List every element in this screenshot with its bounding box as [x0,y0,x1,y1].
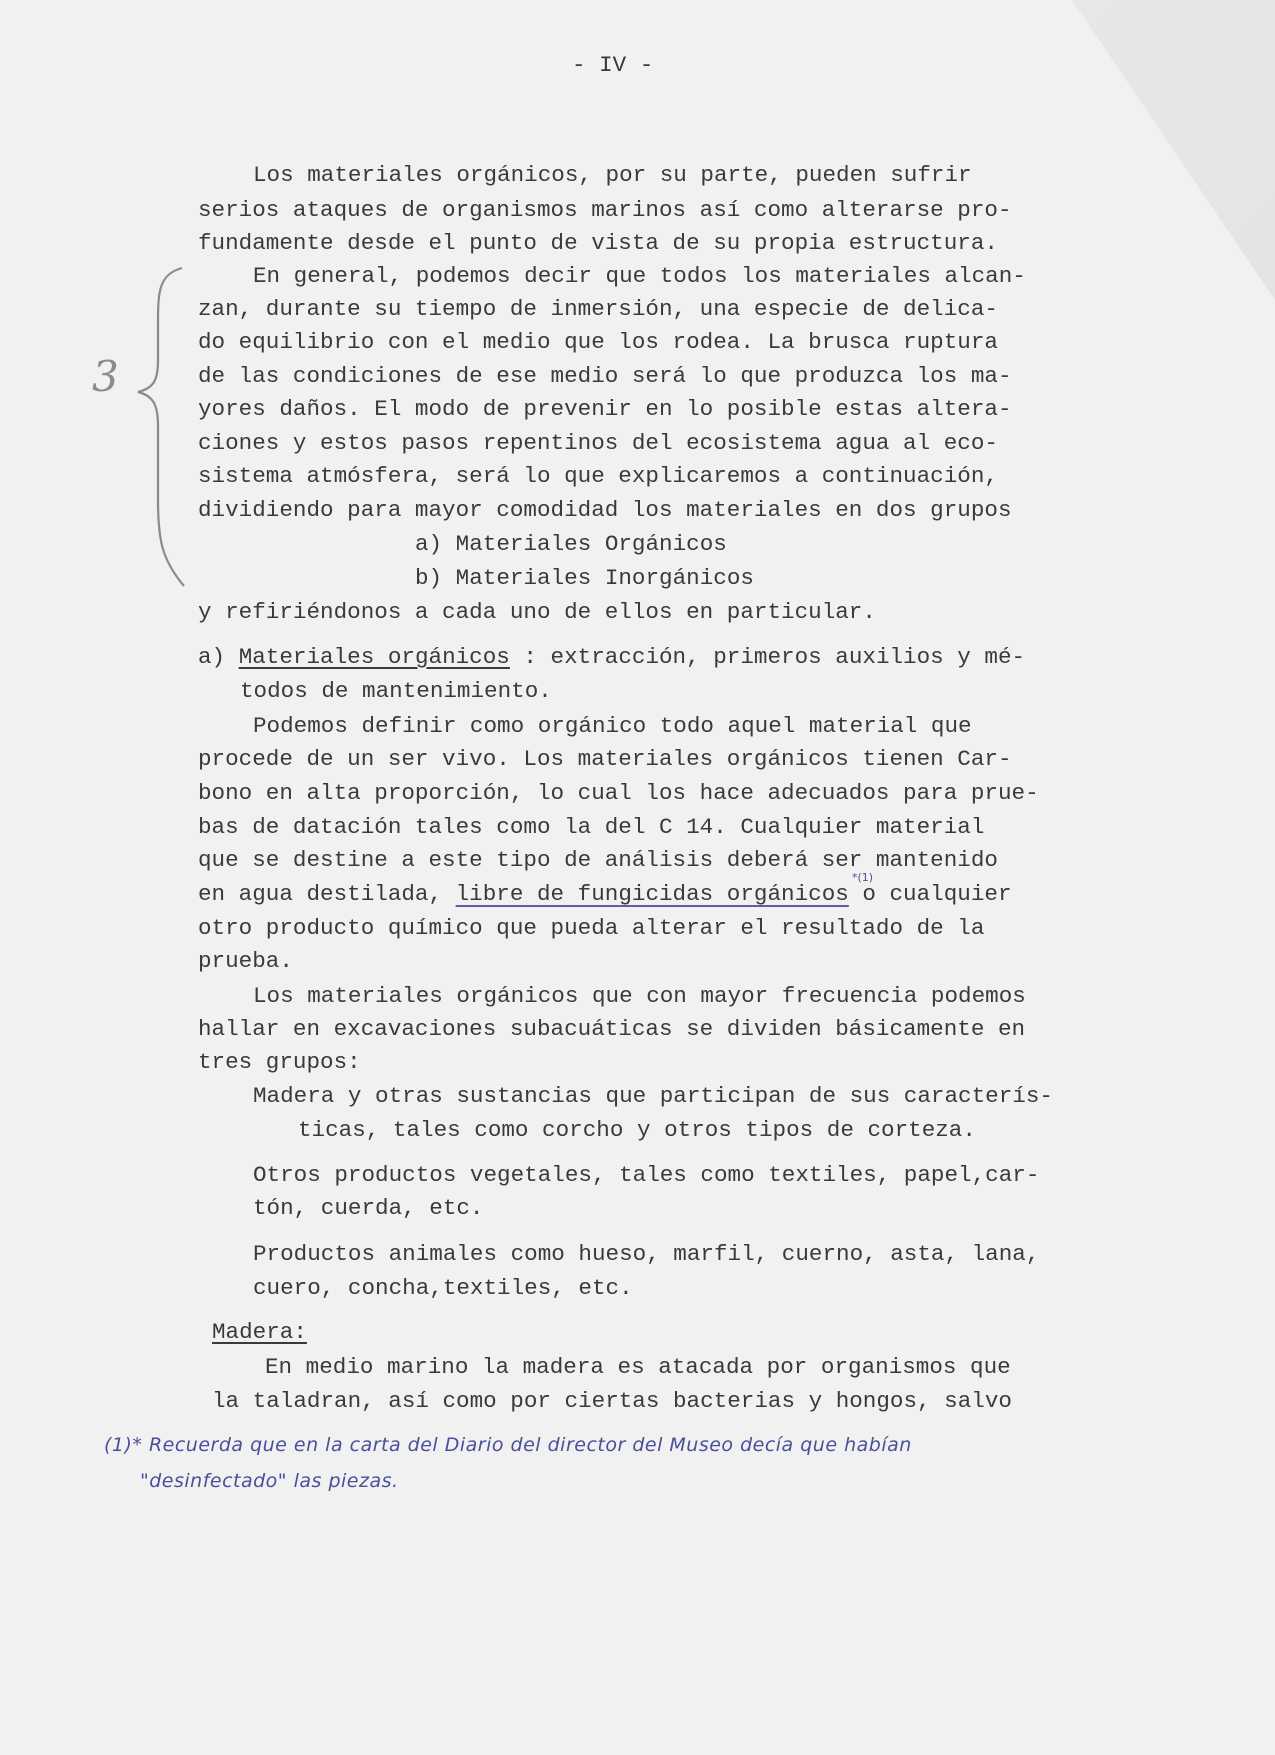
text-line: bono en alta proporción, lo cual los hac… [198,780,1039,806]
text-line: bas de datación tales como la del C 14. … [198,814,984,840]
group-item-wood: Madera y otras sustancias que participan… [253,1083,1053,1109]
text-line: serios ataques de organismos marinos así… [198,197,1012,223]
text-line: dividiendo para mayor comodidad los mate… [198,497,1012,523]
footnote-marker: *(1) [852,871,873,884]
page-number: - IV - [572,52,653,78]
text-line: ticas, tales como corcho y otros tipos d… [298,1117,976,1143]
section-subtitle: : extracción, primeros auxilios y mé- [510,644,1025,670]
text-line: En medio marino la madera es atacada por… [265,1354,1011,1380]
list-item-organic: a) Materiales Orgánicos [415,531,727,557]
text-line: fundamente desde el punto de vista de su… [198,230,998,256]
section-title: Materiales orgánicos [239,644,510,670]
text-line: sistema atmósfera, será lo que explicare… [198,463,998,489]
handwritten-footnote-line-1: (1)* Recuerda que en la carta del Diario… [104,1434,912,1456]
text-fragment: o cualquier [849,881,1012,907]
text-line: zan, durante su tiempo de inmersión, una… [198,296,998,322]
text-line: tón, cuerda, etc. [253,1195,484,1221]
text-line: yores daños. El modo de prevenir en lo p… [198,396,1012,422]
text-line: Los materiales orgánicos, por su parte, … [253,162,972,188]
group-item-vegetable: Otros productos vegetales, tales como te… [253,1162,1039,1188]
handwritten-footnote-line-2: "desinfectado" las piezas. [140,1470,399,1492]
text-line: otro producto químico que pueda alterar … [198,915,984,941]
section-heading-organic: a) Materiales orgánicos : extracción, pr… [198,644,1025,670]
text-line: do equilibrio con el medio que los rodea… [198,329,998,355]
text-line: ciones y estos pasos repentinos del ecos… [198,430,998,456]
text-line: y refiriéndonos a cada uno de ellos en p… [198,599,876,625]
text-line: Los materiales orgánicos que con mayor f… [253,983,1026,1009]
group-item-animal: Productos animales como hueso, marfil, c… [253,1241,1039,1267]
text-line: prueba. [198,948,293,974]
list-item-inorganic: b) Materiales Inorgánicos [415,565,754,591]
section-label: a) [198,644,239,670]
text-line: que se destine a este tipo de análisis d… [198,847,998,873]
text-line: en agua destilada, libre de fungicidas o… [198,881,1012,907]
margin-annotation: 3 [92,352,119,401]
subheading-madera: Madera: [212,1319,307,1345]
text-line: hallar en excavaciones subacuáticas se d… [198,1016,1025,1042]
text-line: todos de mantenimiento. [240,678,552,704]
handwritten-underline-phrase: libre de fungicidas orgánicos [456,881,849,907]
margin-brace-icon [130,260,200,600]
text-line: tres grupos: [198,1049,361,1075]
text-line: la taladran, así como por ciertas bacter… [212,1388,1012,1414]
text-line: En general, podemos decir que todos los … [253,263,1026,289]
text-line: de las condiciones de ese medio será lo … [198,363,1012,389]
text-line: procede de un ser vivo. Los materiales o… [198,746,1012,772]
text-line: Podemos definir como orgánico todo aquel… [253,713,972,739]
text-fragment: en agua destilada, [198,881,456,907]
text-line: cuero, concha,textiles, etc. [253,1275,633,1301]
